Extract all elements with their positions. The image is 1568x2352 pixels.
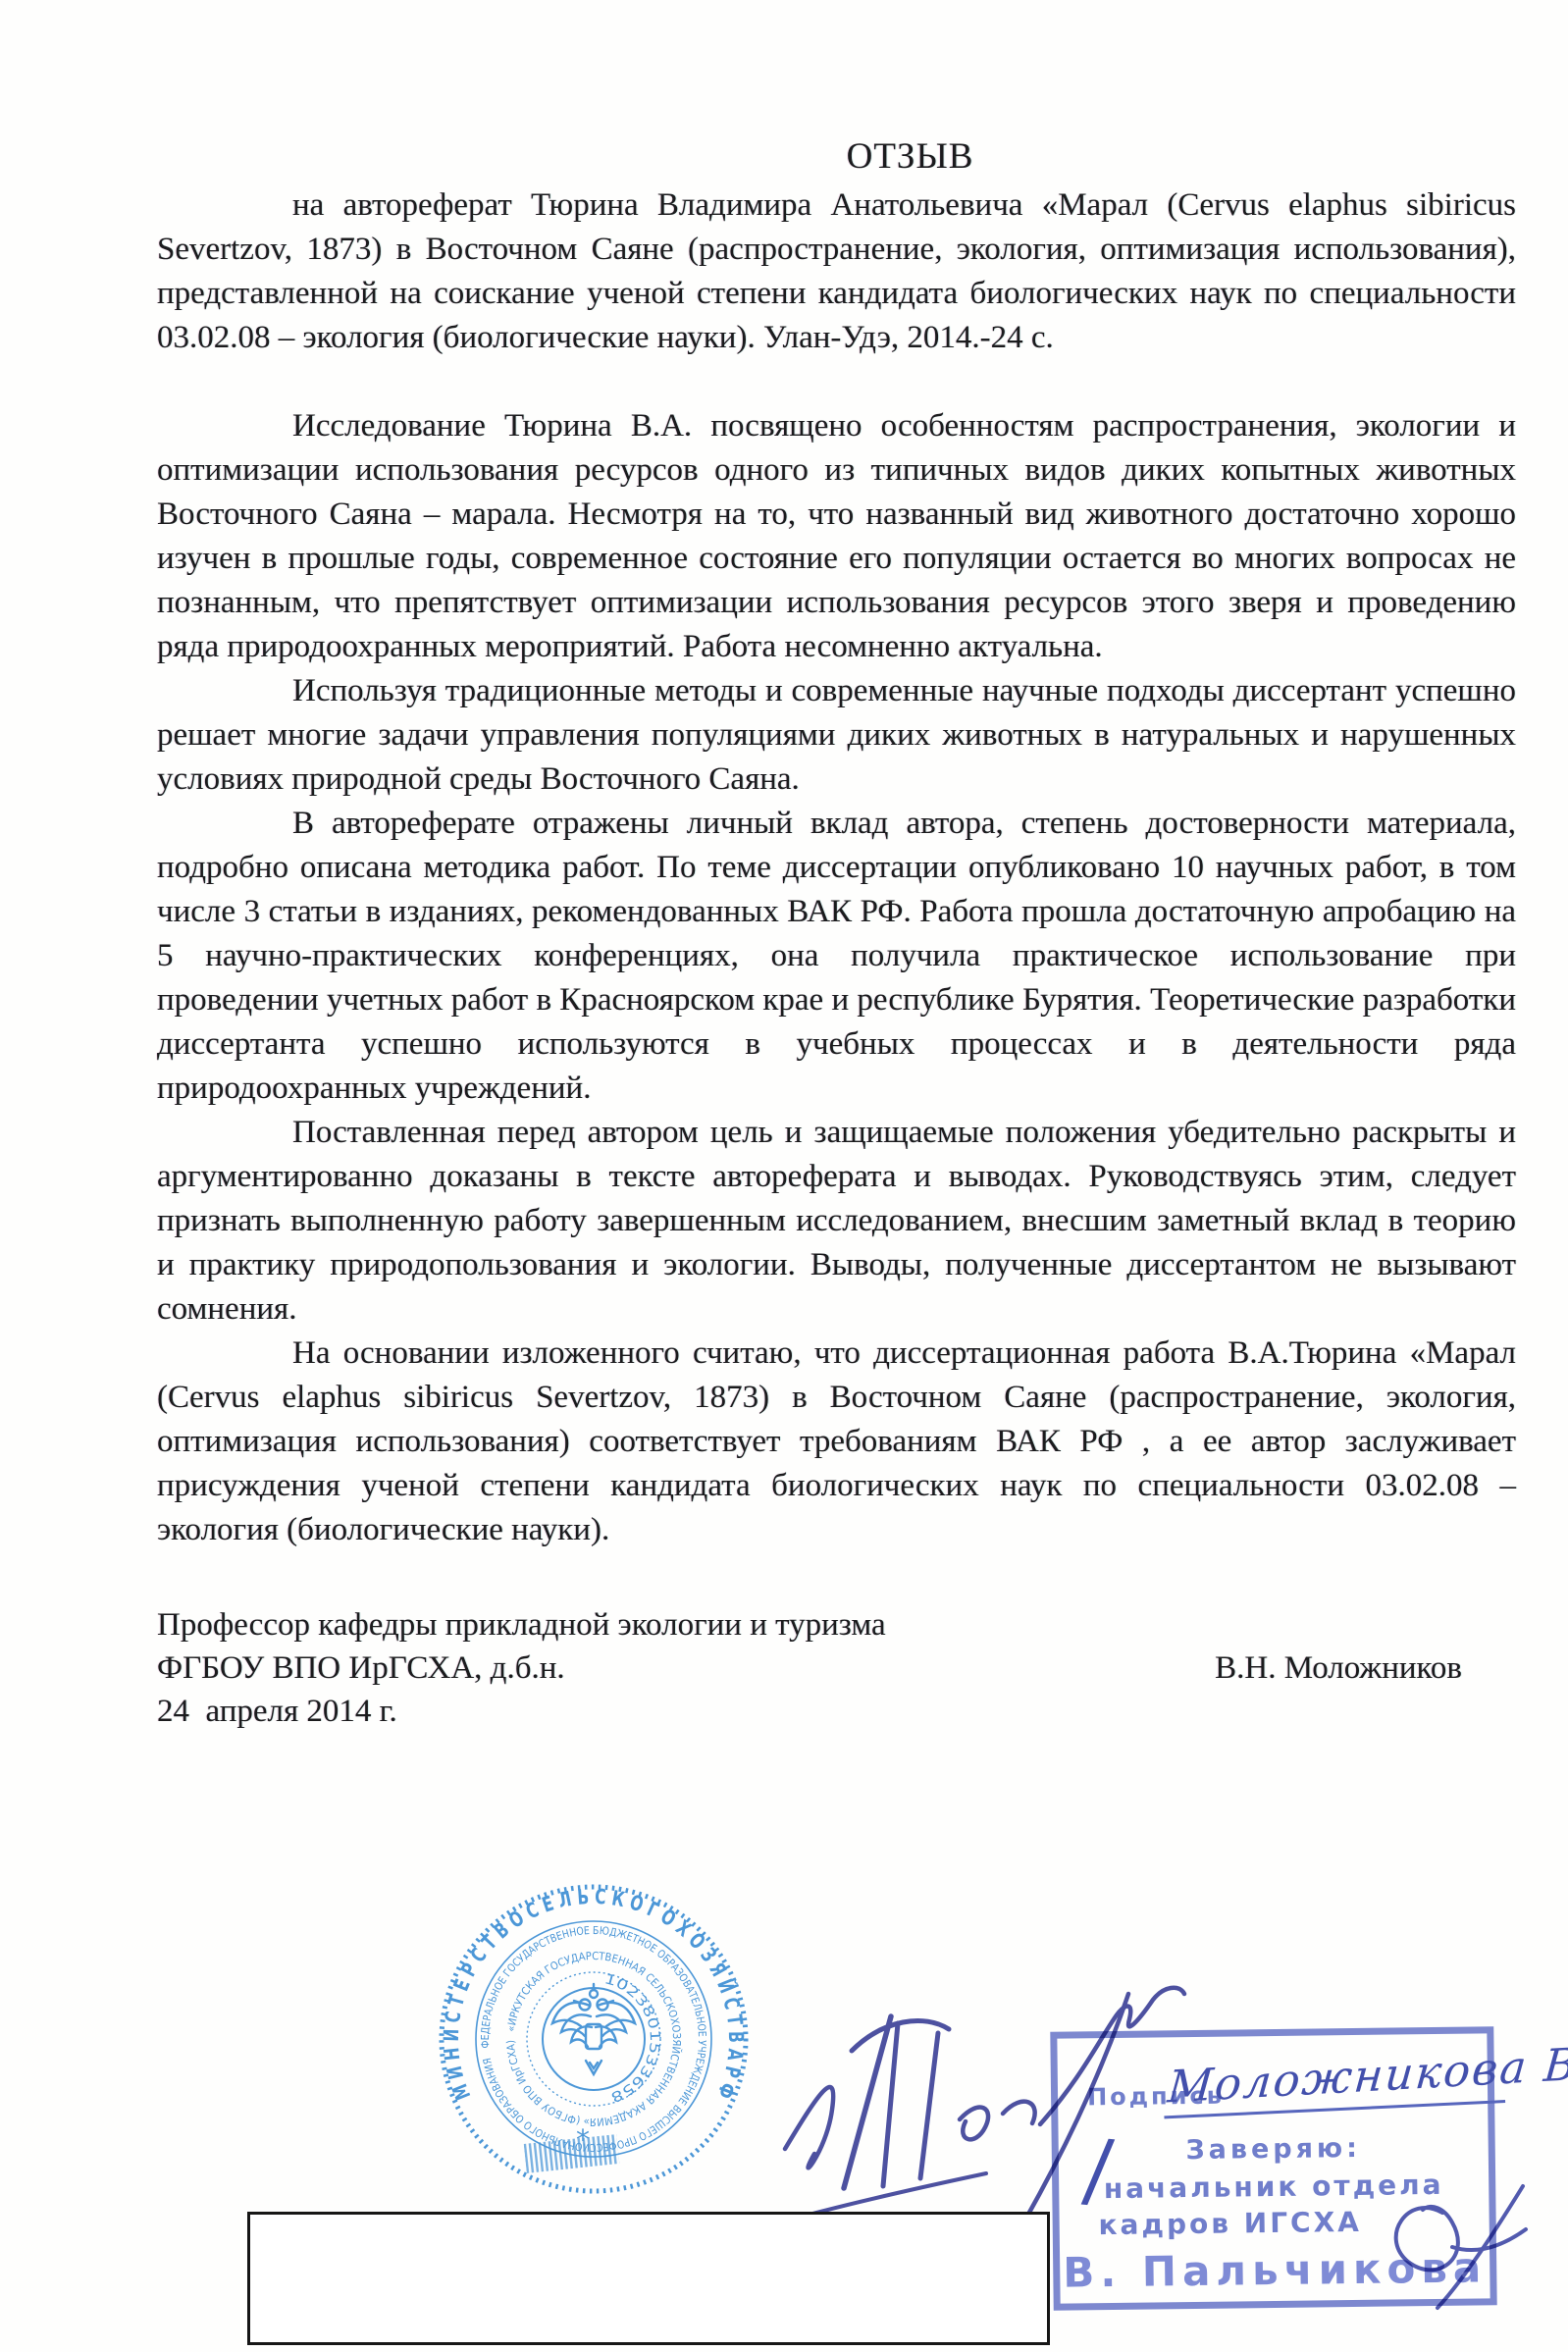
paragraph-publications: В автореферате отражены личный вклад авт… (157, 802, 1516, 1111)
stamp-barcode (524, 2134, 620, 2173)
paragraph-final-assessment: На основании изложенного считаю, что дис… (157, 1332, 1516, 1552)
page-title: ОТЗЫВ (231, 135, 1568, 178)
paragraph-abstract-header: на автореферат Тюрина Владимира Анатолье… (157, 183, 1516, 360)
cert-stamp-signature-flourish (1354, 2169, 1541, 2316)
round-official-stamp: М И Н И С Т Е Р С Т В О С Е Л Ь С К О Г … (427, 1872, 760, 2206)
scanned-review-page: ОТЗЫВ на автореферат Тюрина Владимира Ан… (0, 0, 1568, 2352)
document-body: на автореферат Тюрина Владимира Анатолье… (157, 183, 1516, 1552)
signer-position-line1: Профессор кафедры прикладной экологии и … (157, 1603, 1516, 1646)
cert-stamp-handwritten-name: Моложникова В.Н (1166, 2035, 1568, 2113)
paragraph-research-overview: Исследование Тюрина В.А. посвящено особе… (157, 404, 1516, 669)
signer-name: В.Н. Моложников (1215, 1646, 1462, 1690)
empty-frame-box (247, 2212, 1050, 2345)
paragraph-conclusions-quality: Поставленная перед автором цель и защища… (157, 1111, 1516, 1332)
signature-block: Профессор кафедры прикладной экологии и … (157, 1603, 1516, 1733)
signature-date: 24 апреля 2014 г. (157, 1690, 1516, 1733)
paragraph-methods: Используя традиционные методы и современ… (157, 669, 1516, 802)
cert-stamp-certify-line: Заверяю: (1059, 2131, 1489, 2167)
